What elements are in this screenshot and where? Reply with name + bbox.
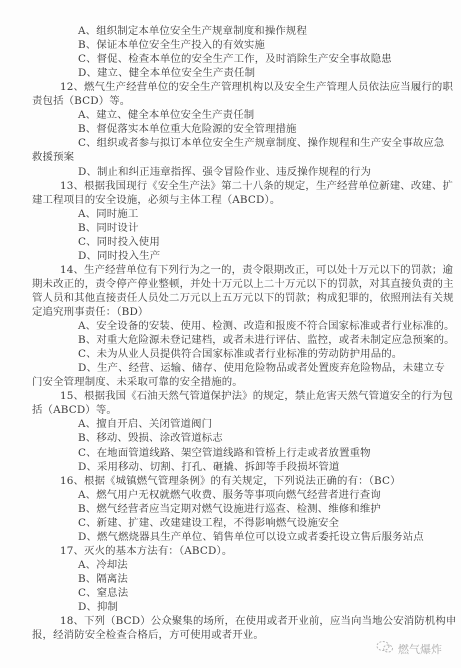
option-line: A、组织制定本单位安全生产规章制度和操作规程 xyxy=(78,24,307,38)
question-line: 15、根据我国《石油天然气管道保护法》的规定，禁止危害天然气管道安全的行为包 xyxy=(60,389,453,403)
option-line: C、新建、扩建、改建建设工程，不得影响燃气设施安全 xyxy=(78,516,339,530)
option-line: D、采用移动、切割、打孔、砸撬、拆卸等手段损坏管道 xyxy=(78,460,339,474)
question-line: 17、灭火的基本方法有：（ABCD）。 xyxy=(60,544,232,558)
option-line: C、在地面管道线路、架空管道线路和管桥上行走或者放置重物 xyxy=(78,446,371,460)
wechat-icon xyxy=(376,640,394,657)
continuation-line: 定追究刑事责任：（BD） xyxy=(32,305,148,319)
option-line: C、同时投入使用 xyxy=(78,235,160,249)
option-line: A、同时施工 xyxy=(78,207,138,221)
continuation-line: 报，经消防安全检查合格后，方可使用或者开业。 xyxy=(32,628,264,642)
option-line: B、移动、毁损、涂改管道标志 xyxy=(78,431,223,445)
option-line: C、组织或者参与拟订本单位安全生产规章制度、操作规程和生产安全事故应急 xyxy=(78,136,444,150)
continuation-line: 括（ABCD）等。 xyxy=(32,403,117,417)
option-line: D、同时投入生产 xyxy=(78,249,160,263)
option-line: B、同时设计 xyxy=(78,221,139,235)
question-line: 16、根据《城镇燃气管理条例》的有关规定，下列说法正确的有：（BC） xyxy=(60,474,401,488)
option-line: B、燃气经营者应当定期对燃气设施进行巡查、检测、维修和维护 xyxy=(78,502,381,516)
question-line: 18、下列（BCD）公众聚集的场所，在使用或者开业前，应当向当地公安消防机构申 xyxy=(60,614,456,628)
option-line: B、保证本单位安全生产投入的有效实施 xyxy=(78,38,265,52)
option-line: A、建立、健全本单位安全生产责任制 xyxy=(78,108,254,122)
option-line: C、窒息法 xyxy=(78,586,128,600)
continuation-line: 门安全管理制度、未采取可靠的安全措施的。 xyxy=(32,375,243,389)
question-line: 12、燃气生产经营单位的安全生产管理机构以及安全生产管理人员依法应当履行的职 xyxy=(60,80,453,94)
option-line: D、抑制 xyxy=(78,600,118,614)
option-line: A、冷却法 xyxy=(78,558,128,572)
option-line: C、未为从业人员提供符合国家标准或者行业标准的劳动防护用品的。 xyxy=(78,347,402,361)
option-line: B、督促落实本单位重大危险源的安全管理措施 xyxy=(78,122,297,136)
question-line: 13、根据我国现行《安全生产法》第二十八条的规定，生产经营单位新建、改建、扩 xyxy=(60,179,453,193)
option-line: A、燃气用户无权就燃气收费、服务等事项向燃气经营者进行查询 xyxy=(78,488,381,502)
option-line: D、燃气燃烧器具生产单位、销售单位可以设立或者委托设立售后服务站点 xyxy=(78,530,424,544)
continuation-line: 期未改正的，责令停产停业整顿，并处十万元以上二十万元以下的罚款，对其直接负责的主 xyxy=(32,277,454,291)
option-line: D、建立、健全本单位安全生产责任制 xyxy=(78,66,255,80)
continuation-line: 管人员和其他直接责任人员处二万元以上五万元以下的罚款；构成犯罪的，依照刑法有关规 xyxy=(32,291,454,305)
option-line: D、生产、经营、运输、储存、使用危险物品或者处置废弃危险物品，未建立专 xyxy=(78,361,445,375)
continuation-line: 责包括（BCD）等。 xyxy=(32,94,130,108)
option-line: B、隔离法 xyxy=(78,572,128,586)
continuation-line: 救援预案 xyxy=(32,150,74,164)
option-line: C、督促、检查本单位的安全生产工作，及时消除生产安全事故隐患 xyxy=(78,52,392,66)
option-line: B、对重大危险源未登记建档，或者未进行评估、监控，或者未制定应急预案的。 xyxy=(78,333,455,347)
continuation-line: 建工程项目的安全设施，必须与主体工程（ABCD）。 xyxy=(32,193,280,207)
question-line: 14、生产经营单位有下列行为之一的，责令限期改正，可以处十万元以下的罚款；逾 xyxy=(60,263,453,277)
option-line: A、安全设备的安装、使用、检测、改造和报废不符合国家标准或者行业标准的。 xyxy=(78,319,455,333)
watermark: 燃气爆炸 xyxy=(376,640,442,657)
option-line: D、制止和纠正违章指挥、强令冒险作业、违反操作规程的行为 xyxy=(78,165,371,179)
option-line: A、擅自开启、关闭管道阀门 xyxy=(78,417,212,431)
watermark-text: 燃气爆炸 xyxy=(398,641,442,657)
